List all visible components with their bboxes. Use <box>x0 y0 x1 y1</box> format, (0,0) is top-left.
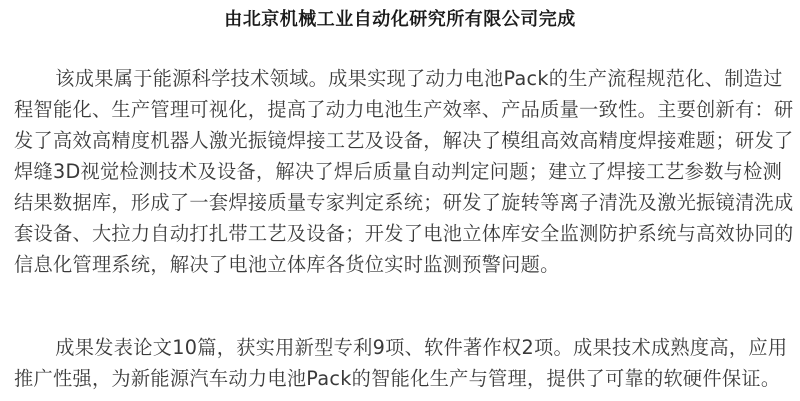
document-title: 由北京机械工业自动化研究所有限公司完成 <box>0 6 800 34</box>
paragraph-achievement-outputs: 成果发表论文10篇，获实用新型专利9项、软件著作权2项。成果技术成熟度高，应用推… <box>14 332 794 394</box>
paragraph-achievement-description: 该成果属于能源科学技术领域。成果实现了动力电池Pack的生产流程规范化、制造过程… <box>14 63 794 280</box>
